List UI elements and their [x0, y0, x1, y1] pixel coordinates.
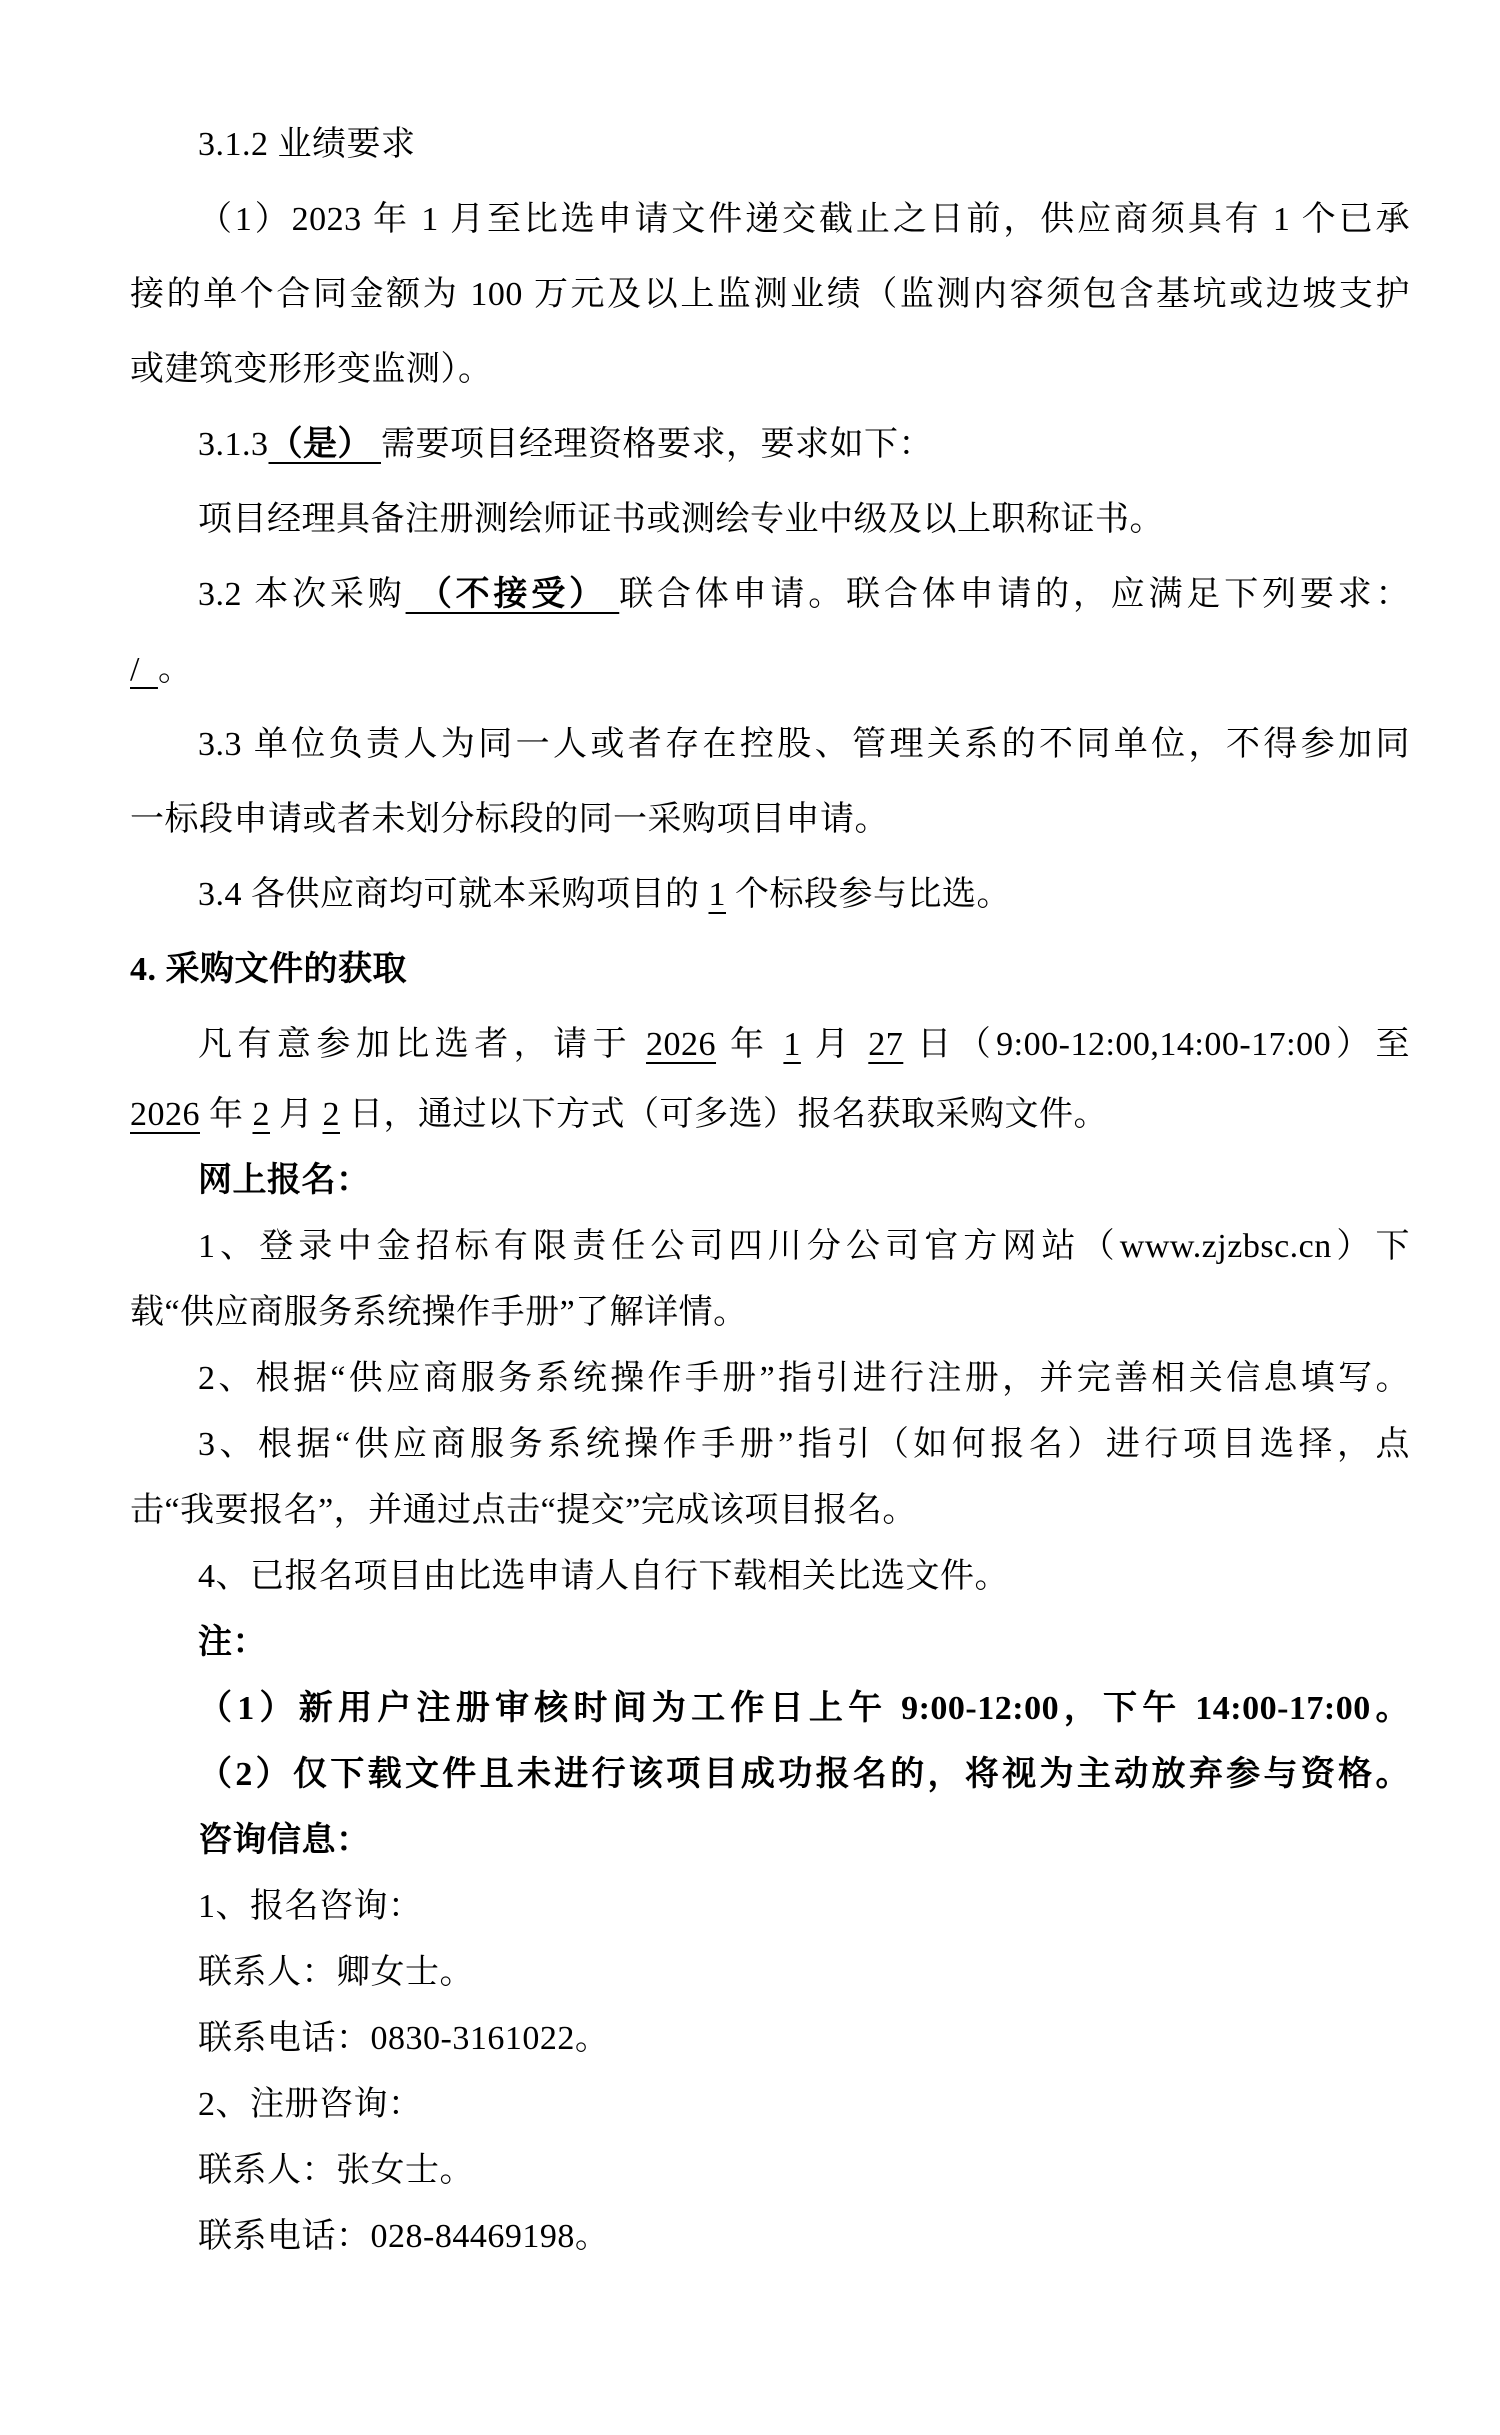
underlined-value: 1	[709, 876, 727, 913]
document-body: 3.1.2 业绩要求（1）2023 年 1 月至比选申请文件递交截止之日前，供应…	[130, 107, 1410, 2270]
clause-3-3-line-1: 3.3 单位负责人为同一人或者存在控股、管理关系的不同单位，不得参加同	[130, 707, 1410, 782]
clause-3-1-3: 3.1.3（是） 需要项目经理资格要求，要求如下：	[130, 407, 1410, 482]
text-run: 联系人：卿女士。	[198, 1954, 474, 1991]
step-1-line-2: 载“供应商服务系统操作手册”了解详情。	[130, 1280, 1410, 1346]
underlined-value: （不接受）	[406, 576, 620, 613]
step-1-line-1: 1、登录中金招标有限责任公司四川分公司官方网站（www.zjzbsc.cn）下	[130, 1214, 1410, 1280]
text-run: 4、已报名项目由比选申请人自行下载相关比选文件。	[198, 1558, 1009, 1595]
text-run: 1、报名咨询：	[198, 1888, 423, 1925]
text-run: 3.4 各供应商均可就本采购项目的	[198, 876, 709, 913]
text-run: 3.1.3	[198, 426, 269, 463]
text-run: 月	[801, 1026, 868, 1063]
text-run: （1）2023 年 1 月至比选申请文件递交截止之日前，供应商须具有 1 个已承	[198, 201, 1410, 238]
text-run: 个标段参与比选。	[726, 876, 1011, 913]
text-run: 联系电话：028-84469198。	[198, 2218, 609, 2255]
text-run: 年	[716, 1026, 783, 1063]
text-run: 需要项目经理资格要求，要求如下：	[381, 426, 933, 463]
performance-req-line-2: 接的单个合同金额为 100 万元及以上监测业绩（监测内容须包含基坑或边坡支护	[130, 257, 1410, 332]
clause-3-1-2-title: 3.1.2 业绩要求	[130, 107, 1410, 182]
text-run: 或建筑变形形变监测）。	[130, 351, 493, 388]
text-run: 项目经理具备注册测绘师证书或测绘专业中级及以上职称证书。	[198, 501, 1164, 538]
consult-1-contact: 联系人：卿女士。	[130, 1940, 1410, 2006]
underlined-value: 1	[783, 1026, 801, 1063]
step-4: 4、已报名项目由比选申请人自行下载相关比选文件。	[130, 1544, 1410, 1610]
text-run: 3.3 单位负责人为同一人或者存在控股、管理关系的不同单位，不得参加同	[198, 726, 1410, 763]
clause-3-4: 3.4 各供应商均可就本采购项目的 1 个标段参与比选。	[130, 857, 1410, 932]
text-run: （2）仅下载文件且未进行该项目成功报名的，将视为主动放弃参与资格。	[198, 1756, 1410, 1793]
consult-info-heading: 咨询信息：	[130, 1808, 1410, 1874]
obtain-docs-line-1: 凡有意参加比选者，请于 2026 年 1 月 27 日（9:00-12:00,1…	[130, 1007, 1410, 1082]
underlined-value: 27	[868, 1026, 903, 1063]
text-run: 凡有意参加比选者，请于	[198, 1026, 646, 1063]
text-run: 网上报名：	[198, 1162, 371, 1199]
note-heading: 注：	[130, 1610, 1410, 1676]
underlined-value: /	[130, 651, 158, 688]
underlined-value: 2	[253, 1096, 271, 1133]
text-run: 载“供应商服务系统操作手册”了解详情。	[130, 1294, 748, 1331]
text-run: 2、注册咨询：	[198, 2086, 423, 2123]
text-run: 3、根据“供应商服务系统操作手册”指引（如何报名）进行项目选择，点	[198, 1426, 1410, 1463]
text-run: 日（9:00-12:00,14:00-17:00）至	[903, 1026, 1410, 1063]
text-run: 日，通过以下方式（可多选）报名获取采购文件。	[340, 1096, 1108, 1133]
text-run: 3.1.2 业绩要求	[198, 126, 416, 163]
performance-req-line-1: （1）2023 年 1 月至比选申请文件递交截止之日前，供应商须具有 1 个已承	[130, 182, 1410, 257]
text-run: 联系电话：0830-3161022。	[198, 2020, 609, 2057]
text-run: 2、根据“供应商服务系统操作手册”指引进行注册，并完善相关信息填写。	[198, 1360, 1410, 1397]
step-3-line-2: 击“我要报名”，并通过点击“提交”完成该项目报名。	[130, 1478, 1410, 1544]
performance-req-line-3: 或建筑变形形变监测）。	[130, 332, 1410, 407]
text-run: 月	[270, 1096, 323, 1133]
text-run: 4. 采购文件的获取	[130, 951, 407, 988]
step-3-line-1: 3、根据“供应商服务系统操作手册”指引（如何报名）进行项目选择，点	[130, 1412, 1410, 1478]
consult-2-contact: 联系人：张女士。	[130, 2138, 1410, 2204]
underlined-value: 2	[323, 1096, 341, 1133]
consult-1-phone: 联系电话：0830-3161022。	[130, 2006, 1410, 2072]
text-run: 年	[200, 1096, 253, 1133]
document-page: 3.1.2 业绩要求（1）2023 年 1 月至比选申请文件递交截止之日前，供应…	[0, 0, 1500, 2435]
online-registration-heading: 网上报名：	[130, 1148, 1410, 1214]
consult-2-heading: 2、注册咨询：	[130, 2072, 1410, 2138]
underlined-value: （是）	[269, 426, 382, 463]
consult-1-heading: 1、报名咨询：	[130, 1874, 1410, 1940]
clause-3-3-line-2: 一标段申请或者未划分标段的同一采购项目申请。	[130, 782, 1410, 857]
joint-bid-blank: / 。	[130, 632, 1410, 707]
text-run: 3.2 本次采购	[198, 576, 406, 613]
consult-2-phone: 联系电话：028-84469198。	[130, 2204, 1410, 2270]
text-run: 注：	[198, 1624, 267, 1661]
text-run: 联合体申请。联合体申请的，应满足下列要求：	[619, 576, 1410, 613]
clause-3-2: 3.2 本次采购 （不接受） 联合体申请。联合体申请的，应满足下列要求：	[130, 557, 1410, 632]
text-run: 。	[158, 651, 193, 688]
step-2: 2、根据“供应商服务系统操作手册”指引进行注册，并完善相关信息填写。	[130, 1346, 1410, 1412]
pm-requirement: 项目经理具备注册测绘师证书或测绘专业中级及以上职称证书。	[130, 482, 1410, 557]
text-run: 接的单个合同金额为 100 万元及以上监测业绩（监测内容须包含基坑或边坡支护	[130, 276, 1410, 313]
section-4-heading: 4. 采购文件的获取	[130, 932, 1410, 1007]
underlined-value: 2026	[646, 1026, 716, 1063]
text-run: 联系人：张女士。	[198, 2152, 474, 2189]
underlined-value: 2026	[130, 1096, 200, 1133]
text-run: 击“我要报名”，并通过点击“提交”完成该项目报名。	[130, 1492, 917, 1529]
note-1: （1）新用户注册审核时间为工作日上午 9:00-12:00，下午 14:00-1…	[130, 1676, 1410, 1742]
text-run: （1）新用户注册审核时间为工作日上午 9:00-12:00，下午 14:00-1…	[198, 1690, 1410, 1727]
note-2: （2）仅下载文件且未进行该项目成功报名的，将视为主动放弃参与资格。	[130, 1742, 1410, 1808]
text-run: 咨询信息：	[198, 1822, 371, 1859]
text-run: 1、登录中金招标有限责任公司四川分公司官方网站（www.zjzbsc.cn）下	[198, 1228, 1410, 1265]
obtain-docs-line-2: 2026 年 2 月 2 日，通过以下方式（可多选）报名获取采购文件。	[130, 1082, 1410, 1148]
text-run: 一标段申请或者未划分标段的同一采购项目申请。	[130, 801, 889, 838]
